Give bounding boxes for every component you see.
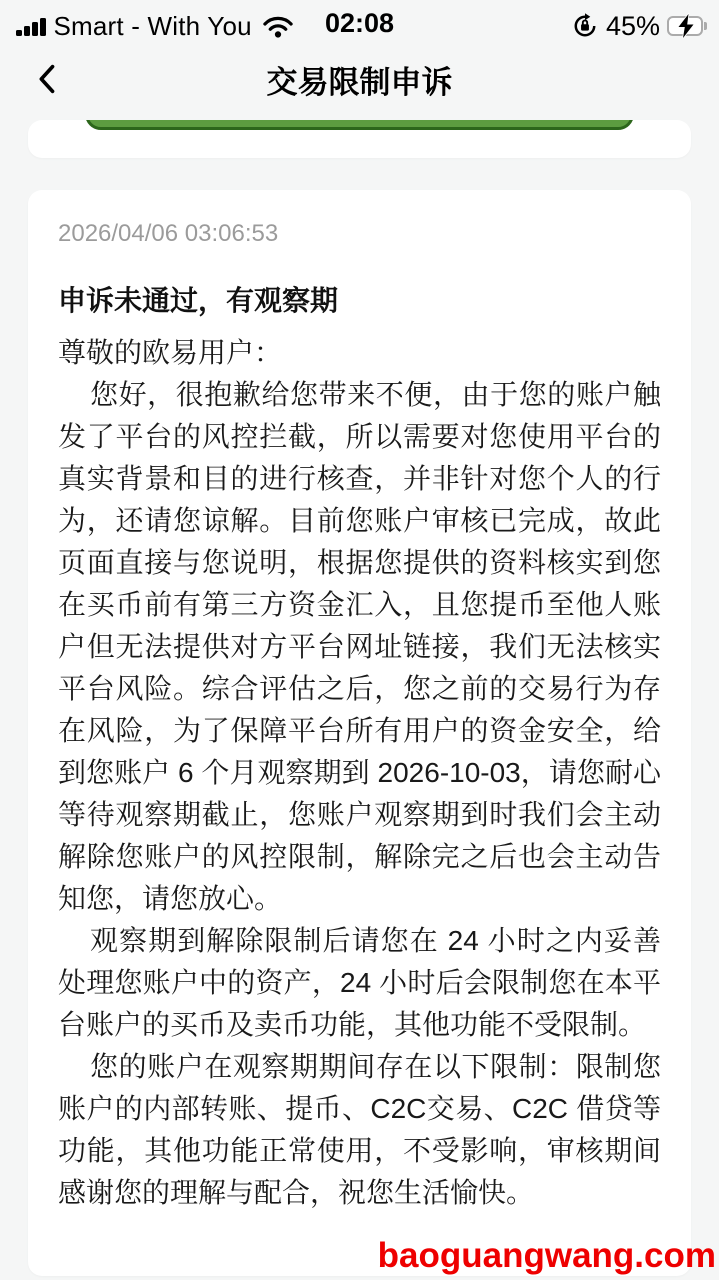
notice-salutation: 尊敬的欧易用户： xyxy=(58,332,661,374)
nav-bar: 交易限制申诉 xyxy=(0,46,719,112)
back-chevron-icon xyxy=(34,62,61,96)
carrier-label: Smart - With You xyxy=(54,11,252,42)
battery-percent: 45% xyxy=(606,11,660,42)
notice-paragraph-3: 您的账户在观察期期间存在以下限制：限制您账户的内部转账、提币、C2C交易、C2C… xyxy=(58,1046,661,1214)
notice-timestamp: 2026/04/06 03:06:53 xyxy=(58,220,661,248)
watermark: baoguangwang.com xyxy=(378,1236,716,1276)
notice-paragraph-1: 您好，很抱歉给您带来不便，由于您的账户触发了平台的风控拦截，所以需要对您使用平台… xyxy=(58,374,661,920)
battery-charging-icon xyxy=(667,16,707,36)
notice-heading: 申诉未通过，有观察期 xyxy=(58,284,661,318)
page-title: 交易限制申诉 xyxy=(267,57,453,102)
status-bar: Smart - With You 02:08 45% xyxy=(0,0,719,46)
submitted-card xyxy=(28,120,691,158)
wifi-icon xyxy=(262,15,294,38)
notice-paragraph-2: 观察期到解除限制后请您在 24 小时之内妥善处理您账户中的资产，24 小时后会限… xyxy=(58,920,661,1046)
notice-card: 2026/04/06 03:06:53 申诉未通过，有观察期 尊敬的欧易用户： … xyxy=(28,190,691,1276)
cellular-signal-icon xyxy=(16,17,46,36)
submit-button-bottom-edge[interactable] xyxy=(85,120,634,130)
status-bar-left: Smart - With You xyxy=(16,11,294,42)
notice-body: 尊敬的欧易用户： 您好，很抱歉给您带来不便，由于您的账户触发了平台的风控拦截，所… xyxy=(58,332,661,1214)
status-bar-right: 45% xyxy=(571,11,707,42)
back-button[interactable] xyxy=(30,58,65,100)
content: 2026/04/06 03:06:53 申诉未通过，有观察期 尊敬的欧易用户： … xyxy=(0,112,719,1276)
orientation-lock-icon xyxy=(571,12,599,40)
charging-bolt-icon xyxy=(674,13,698,39)
screen: Smart - With You 02:08 45% xyxy=(0,0,719,1280)
